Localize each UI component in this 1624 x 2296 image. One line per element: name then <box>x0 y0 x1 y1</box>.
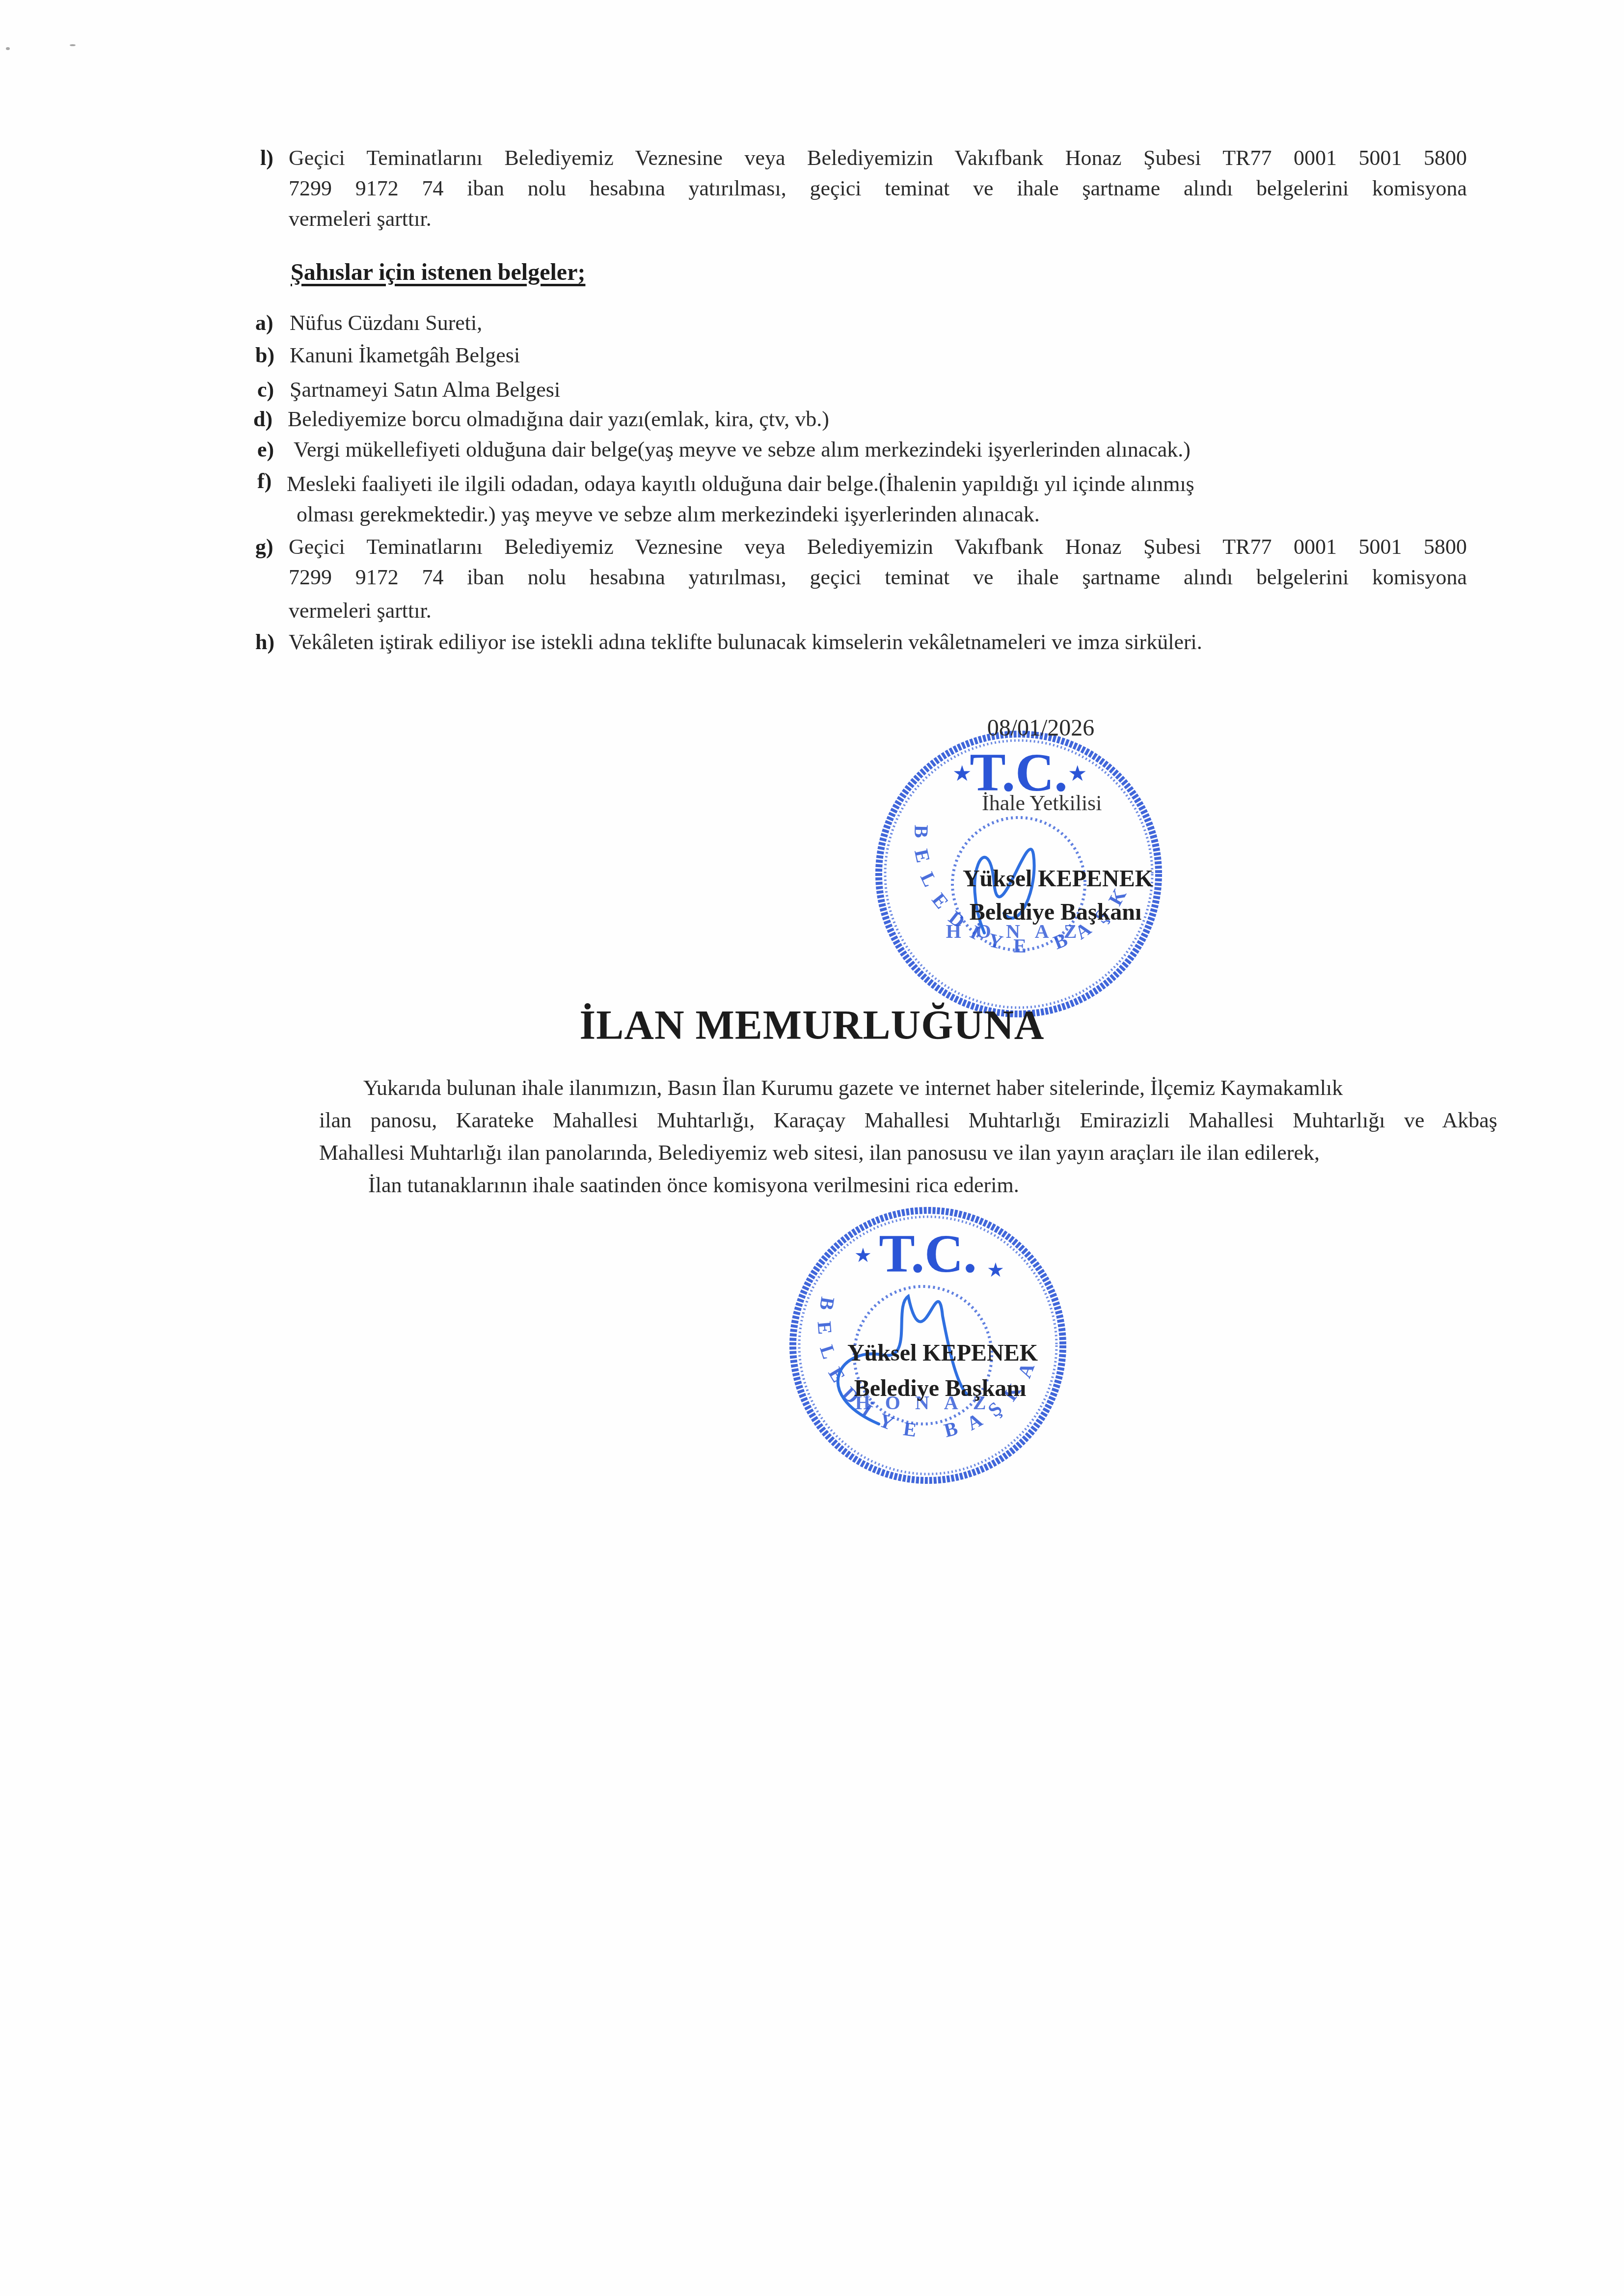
list-marker: a) <box>255 310 273 335</box>
list-item-text-line: 7299 9172 74 iban nolu hesabına yatırılm… <box>289 176 1467 201</box>
svg-text:★: ★ <box>952 761 972 786</box>
list-marker: g) <box>255 534 273 559</box>
list-item-text-line: vermeleri şarttır. <box>289 598 432 623</box>
list-marker: l) <box>260 145 273 170</box>
list-item-text-line: olması gerekmektedir.) yaş meyve ve sebz… <box>297 502 1040 527</box>
svg-text:★: ★ <box>854 1244 872 1267</box>
list-item-text-line: vermeleri şarttır. <box>289 206 432 231</box>
announcement-line: ilan panosu, Karateke Mahallesi Muhtarlı… <box>319 1108 1497 1133</box>
scan-speck <box>6 47 10 50</box>
list-marker: d) <box>253 407 272 432</box>
list-item-text-line: Mesleki faaliyeti ile ilgili odadan, oda… <box>287 471 1194 496</box>
document-page: l) Geçici Teminatlarını Belediyemiz Vezn… <box>0 0 1624 2296</box>
list-item-text-line: Vergi mükellefiyeti olduğuna dair belge(… <box>294 437 1191 462</box>
list-marker: c) <box>257 377 274 402</box>
list-item-text-line: Vekâleten iştirak ediliyor ise istekli a… <box>289 629 1202 655</box>
announcement-title: İLAN MEMURLUĞUNA <box>0 1002 1624 1049</box>
list-marker: e) <box>257 437 274 462</box>
signatory-title: Belediye Başkanı <box>952 899 1159 926</box>
signature-date: 08/01/2026 <box>972 714 1110 741</box>
announcement-line: Mahallesi Muhtarlığı ilan panolarında, B… <box>319 1140 1320 1165</box>
list-item-text-line: Kanuni İkametgâh Belgesi <box>290 343 520 368</box>
stamp-top-text: T.C. <box>879 1224 977 1284</box>
list-item-text-line: Geçici Teminatlarını Belediyemiz Veznesi… <box>289 145 1467 170</box>
list-marker: b) <box>255 343 274 368</box>
signatory-name: Yüksel KEPENEK <box>830 1339 1056 1367</box>
svg-text:★: ★ <box>987 1259 1004 1282</box>
list-marker: h) <box>255 629 274 655</box>
signature-role: İhale Yetkilisi <box>982 791 1154 816</box>
section-heading: Şahıslar için istenen belgeler; <box>291 259 585 286</box>
signatory-name: Yüksel KEPENEK <box>945 865 1171 892</box>
list-item-text-line: Geçici Teminatlarını Belediyemiz Veznesi… <box>289 534 1467 559</box>
list-item-text-line: 7299 9172 74 iban nolu hesabına yatırılm… <box>289 565 1467 590</box>
announcement-line: Yukarıda bulunan ihale ilanımızın, Basın… <box>363 1075 1343 1100</box>
list-item-text-line: Şartnameyi Satın Alma Belgesi <box>290 377 560 402</box>
list-item-text-line: Belediyemize borcu olmadığına dair yazı(… <box>288 407 829 432</box>
list-item-text-line: Nüfus Cüzdanı Sureti, <box>290 310 482 335</box>
svg-text:★: ★ <box>1068 761 1087 786</box>
signatory-title: Belediye Başkanı <box>837 1375 1043 1402</box>
list-marker: f) <box>257 468 271 493</box>
scan-speck <box>70 44 76 46</box>
announcement-line: İlan tutanaklarının ihale saatinden önce… <box>368 1173 1019 1198</box>
